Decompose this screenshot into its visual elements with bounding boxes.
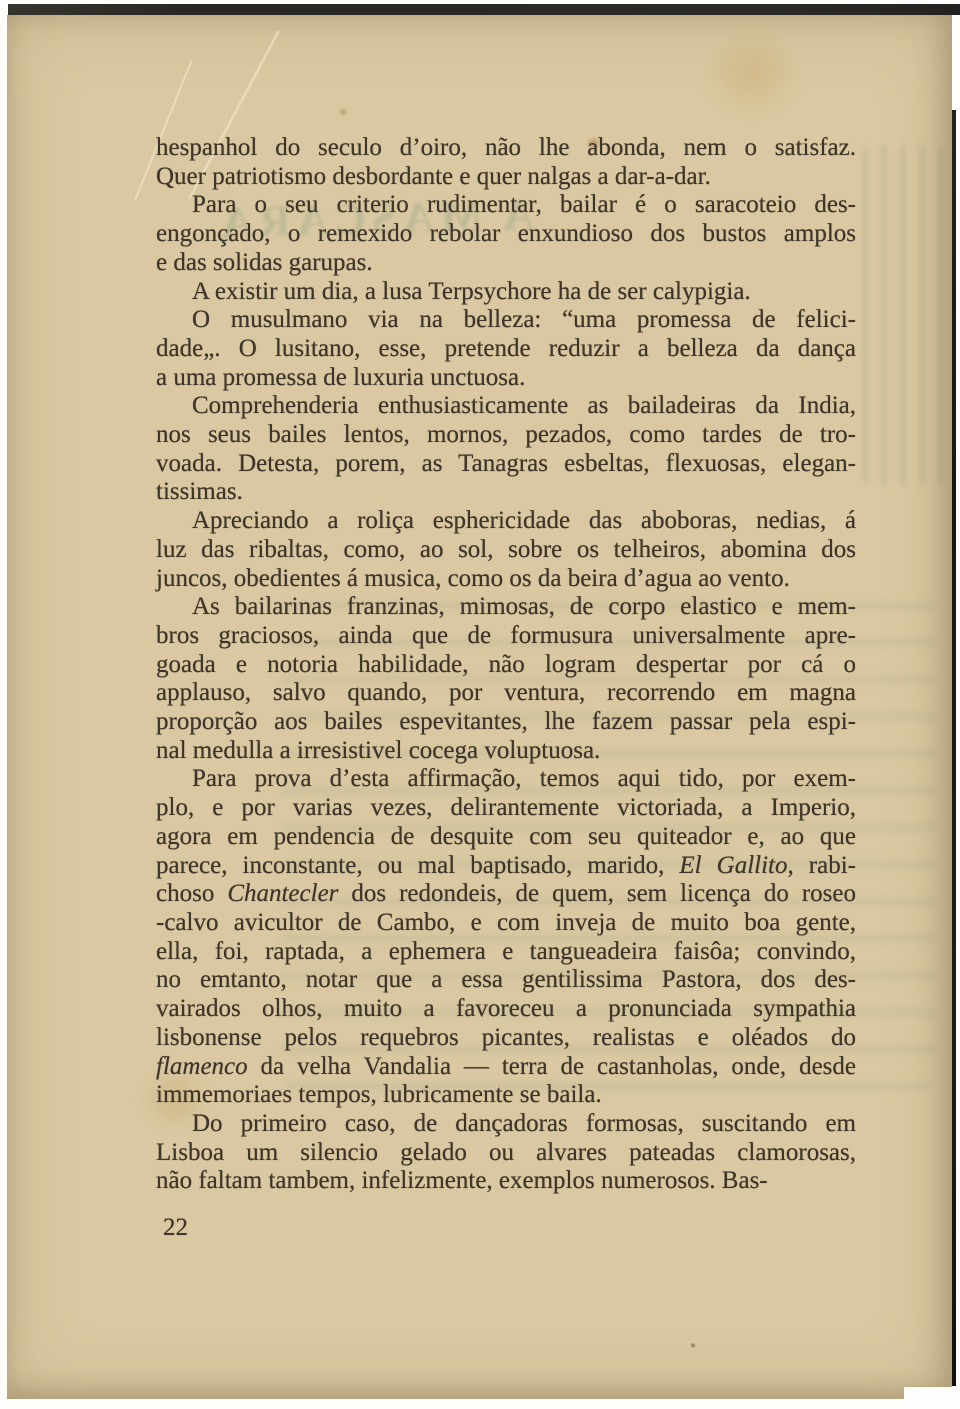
page-number: 22 <box>163 1214 188 1242</box>
text-line: e das solidas garupas. <box>156 249 856 278</box>
text-line: immemoriaes tempos, lubricamente se bail… <box>156 1081 856 1110</box>
text-line: parece, inconstante, ou mal baptisado, m… <box>156 852 856 881</box>
text-line: flamenco da velha Vandalia — terra de ca… <box>156 1053 856 1082</box>
text-line: Lisboa um silencio gelado ou alvares pat… <box>156 1139 856 1168</box>
text-line: não faltam tambem, infelizmente, exemplo… <box>156 1167 856 1196</box>
text-line: Comprehenderia enthusiasticamente as bai… <box>156 392 856 421</box>
text-line: lisbonense pelos requebros picantes, rea… <box>156 1024 856 1053</box>
text-line: hespanhol do seculo d’oiro, não lhe abon… <box>156 134 856 163</box>
text-line: juncos, obedientes á musica, como os da … <box>156 565 856 594</box>
text-line: tissimas. <box>156 478 856 507</box>
text-line: proporção aos bailes espevitantes, lhe f… <box>156 708 856 737</box>
text-line: no emtanto, notar que a essa gentilissim… <box>156 966 856 995</box>
text-line: O musulmano via na belleza: “uma promess… <box>156 306 856 335</box>
scan-edge-top <box>8 4 960 15</box>
text-line: applauso, salvo quando, por ventura, rec… <box>156 679 856 708</box>
text-line: As bailarinas franzinas, mimosas, de cor… <box>156 593 856 622</box>
text-line: Para prova d’esta affirmação, temos aqui… <box>156 765 856 794</box>
text-line: Para o seu criterio rudimentar, bailar é… <box>156 191 856 220</box>
text-line: bros graciosos, ainda que de formusura u… <box>156 622 856 651</box>
paper-stain <box>338 107 349 117</box>
text-line: a uma promessa de luxuria unctuosa. <box>156 364 856 393</box>
scan-corner-notch <box>904 1387 960 1409</box>
text-line: ella, foi, raptada, a ephemera e tanguea… <box>156 938 856 967</box>
paper-stain <box>690 1343 696 1348</box>
text-line: -calvo avicultor de Cambo, e com inveja … <box>156 909 856 938</box>
text-line: nal medulla a irresistivel cocega volupt… <box>156 737 856 766</box>
text-line: Apreciando a roliça esphericidade das ab… <box>156 507 856 536</box>
paper-stain <box>697 40 807 110</box>
text-line: Do primeiro caso, de dançadoras formosas… <box>156 1110 856 1139</box>
text-line: nos seus bailes lentos, mornos, pezados,… <box>156 421 856 450</box>
text-line: goada e notoria habilidade, não logram d… <box>156 651 856 680</box>
page-text: hespanhol do seculo d’oiro, não lhe abon… <box>156 134 856 1196</box>
text-line: plo, e por varias vezes, delirantemente … <box>156 794 856 823</box>
text-line: A existir um dia, a lusa Terpsychore ha … <box>156 278 856 307</box>
text-line: luz das ribaltas, como, ao sol, sobre os… <box>156 536 856 565</box>
scanned-page: A MASCARA hespanhol do seculo d’oiro, nã… <box>0 0 960 1409</box>
bleed-through-marks <box>862 145 947 485</box>
text-line: choso Chantecler dos redondeis, de quem,… <box>156 880 856 909</box>
text-line: dade„. O lusitano, esse, pretende reduzi… <box>156 335 856 364</box>
text-line: agora em pendencia de desquite com seu q… <box>156 823 856 852</box>
text-line: engonçado, o remexido rebolar enxundioso… <box>156 220 856 249</box>
text-line: Quer patriotismo desbordante e quer nalg… <box>156 163 856 192</box>
text-line: voada. Detesta, porem, as Tanagras esbel… <box>156 450 856 479</box>
text-line: vairados olhos, muito a favoreceu a pron… <box>156 995 856 1024</box>
